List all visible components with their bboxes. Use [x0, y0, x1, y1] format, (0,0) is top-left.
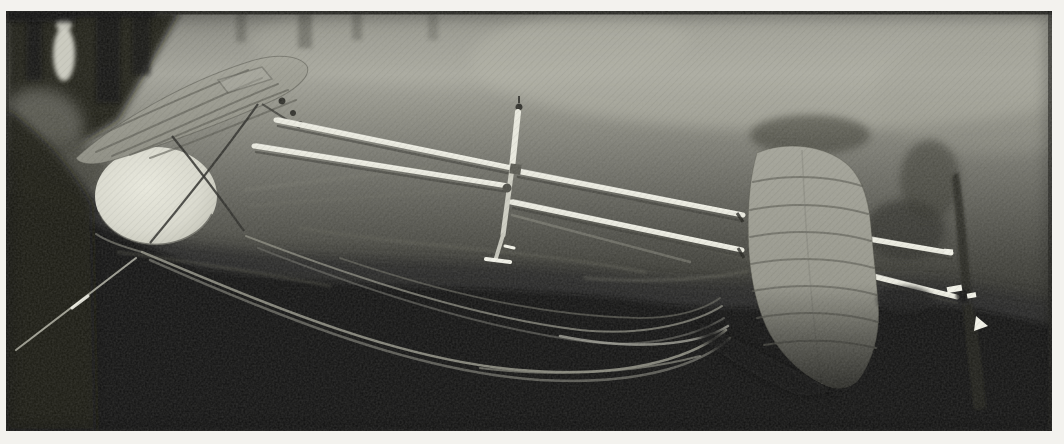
photo-scene: Out-of-focus hillside field crossed by a… — [0, 0, 1064, 444]
photograph: Out-of-focus hillside field crossed by a… — [0, 0, 1064, 444]
film-grain — [6, 11, 1052, 431]
